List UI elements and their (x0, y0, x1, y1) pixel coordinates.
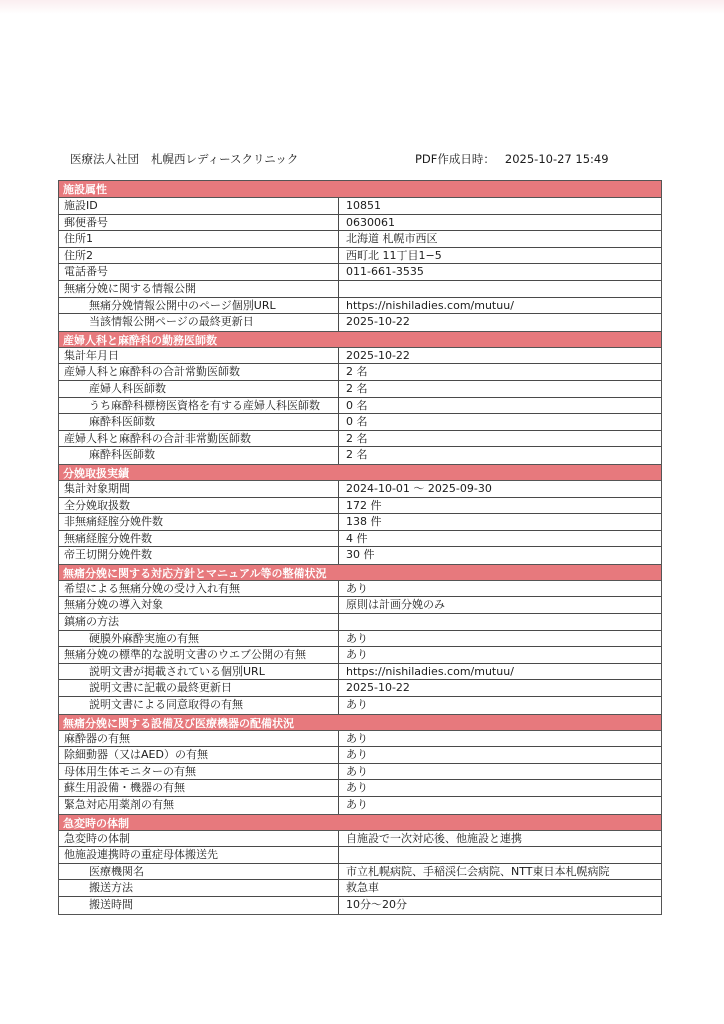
section-5: 急変時の体制急変時の体制自施設で一次対応後、他施設と連携他施設連携時の重症母体搬… (59, 814, 661, 914)
row-value-url: https://nishiladies.com/mutuu/ (339, 664, 661, 680)
table-row: 非無痛経腟分娩件数138 件 (59, 514, 661, 531)
row-label: 除細動器（又はAED）の有無 (59, 747, 339, 763)
table-row: 産婦人科医師数2 名 (59, 381, 661, 398)
row-label: 鎮痛の方法 (59, 614, 339, 630)
row-label: 硬膜外麻酔実施の有無 (59, 631, 339, 647)
table-row: 無痛分娩の導入対象原則は計画分娩のみ (59, 597, 661, 614)
row-label: 説明文書による同意取得の有無 (59, 697, 339, 714)
table-row: 無痛分娩に関する情報公開 (59, 281, 661, 298)
row-value: 市立札幌病院、手稲渓仁会病院、NTT東日本札幌病院 (339, 864, 661, 880)
row-label: 麻酔科医師数 (59, 447, 339, 464)
row-label: 搬送時間 (59, 897, 339, 914)
section-4: 無痛分娩に関する設備及び医療機器の配備状況麻酔器の有無あり除細動器（又はAED）… (59, 714, 661, 814)
table-row: 除細動器（又はAED）の有無あり (59, 747, 661, 764)
row-value: あり (339, 797, 661, 814)
row-label: 無痛分娩情報公開中のページ個別URL (59, 298, 339, 314)
row-value: 0 名 (339, 398, 661, 414)
section-header: 無痛分娩に関する対応方針とマニュアル等の整備状況 (59, 564, 661, 581)
table-row: 搬送方法救急車 (59, 880, 661, 897)
row-value: 2025-10-22 (339, 680, 661, 696)
row-value: あり (339, 697, 661, 714)
table-row: 産婦人科と麻酔科の合計常勤医師数2 名 (59, 364, 661, 381)
row-value: 10851 (339, 198, 661, 214)
row-label: 無痛分娩の導入対象 (59, 597, 339, 613)
table-row: 説明文書が掲載されている個別URLhttps://nishiladies.com… (59, 664, 661, 681)
row-value: あり (339, 747, 661, 763)
table-row: 他施設連携時の重症母体搬送先 (59, 847, 661, 864)
row-label: 説明文書が掲載されている個別URL (59, 664, 339, 680)
section-header: 分娩取扱実績 (59, 464, 661, 481)
scan-edge-tint (0, 0, 724, 14)
row-label: 麻酔器の有無 (59, 731, 339, 747)
row-label: うち麻酔科標榜医資格を有する産婦人科医師数 (59, 398, 339, 414)
row-value (339, 847, 661, 863)
row-value: 2025-10-22 (339, 348, 661, 364)
row-label: 他施設連携時の重症母体搬送先 (59, 847, 339, 863)
row-value: あり (339, 647, 661, 663)
row-label: 郵便番号 (59, 215, 339, 231)
row-label: 医療機関名 (59, 864, 339, 880)
table-row: うち麻酔科標榜医資格を有する産婦人科医師数0 名 (59, 398, 661, 415)
table-row: 緊急対応用薬剤の有無あり (59, 797, 661, 814)
row-label: 説明文書に記載の最終更新日 (59, 680, 339, 696)
row-label: 麻酔科医師数 (59, 414, 339, 430)
table-row: 無痛分娩の標準的な説明文書のウエブ公開の有無あり (59, 647, 661, 664)
row-label: 産婦人科と麻酔科の合計非常勤医師数 (59, 431, 339, 447)
row-label: 電話番号 (59, 264, 339, 280)
section-0: 施設属性施設ID10851郵便番号0630061住所1北海道 札幌市西区住所2西… (59, 181, 661, 331)
table-row: 集計年月日2025-10-22 (59, 348, 661, 365)
row-value: 2 名 (339, 364, 661, 380)
row-value: 2024-10-01 ～ 2025-09-30 (339, 481, 661, 497)
table-row: 集計対象期間2024-10-01 ～ 2025-09-30 (59, 481, 661, 498)
document-header: 医療法人社団札幌西レディースクリニック PDF作成日時：2025-10-27 1… (70, 150, 670, 168)
section-3: 無痛分娩に関する対応方針とマニュアル等の整備状況希望による無痛分娩の受け入れ有無… (59, 564, 661, 714)
row-label: 母体用生体モニターの有無 (59, 764, 339, 780)
table-row: 電話番号011-661-3535 (59, 264, 661, 281)
row-value: 2 名 (339, 431, 661, 447)
clinic-name: 札幌西レディースクリニック (151, 152, 298, 166)
row-value: あり (339, 780, 661, 796)
section-header: 産婦人科と麻酔科の勤務医師数 (59, 331, 661, 348)
row-label: 集計対象期間 (59, 481, 339, 497)
row-value: 西町北 11丁目1−5 (339, 248, 661, 264)
row-label: 産婦人科と麻酔科の合計常勤医師数 (59, 364, 339, 380)
row-label: 希望による無痛分娩の受け入れ有無 (59, 581, 339, 597)
table-row: 説明文書に記載の最終更新日2025-10-22 (59, 680, 661, 697)
section-2: 分娩取扱実績集計対象期間2024-10-01 ～ 2025-09-30全分娩取扱… (59, 464, 661, 564)
table-row: 住所1北海道 札幌市西区 (59, 231, 661, 248)
row-label: 帝王切開分娩件数 (59, 547, 339, 564)
row-value: あり (339, 631, 661, 647)
row-value: 救急車 (339, 880, 661, 896)
row-value: あり (339, 581, 661, 597)
table-row: 産婦人科と麻酔科の合計非常勤医師数2 名 (59, 431, 661, 448)
section-header: 施設属性 (59, 181, 661, 198)
row-value: 0 名 (339, 414, 661, 430)
row-label: 全分娩取扱数 (59, 498, 339, 514)
row-value-url: https://nishiladies.com/mutuu/ (339, 298, 661, 314)
pdf-created-label: PDF作成日時： (415, 152, 495, 166)
section-1: 産婦人科と麻酔科の勤務医師数集計年月日2025-10-22産婦人科と麻酔科の合計… (59, 331, 661, 464)
row-label: 無痛分娩の標準的な説明文書のウエブ公開の有無 (59, 647, 339, 663)
table-row: 急変時の体制自施設で一次対応後、他施設と連携 (59, 831, 661, 848)
table-row: 説明文書による同意取得の有無あり (59, 697, 661, 714)
table-row: 麻酔科医師数2 名 (59, 447, 661, 464)
table-row: 帝王切開分娩件数30 件 (59, 547, 661, 564)
row-value: 2025-10-22 (339, 314, 661, 331)
row-value: 30 件 (339, 547, 661, 564)
facility-report-table: 施設属性施設ID10851郵便番号0630061住所1北海道 札幌市西区住所2西… (58, 180, 662, 915)
row-value: 2 名 (339, 381, 661, 397)
row-label: 住所2 (59, 248, 339, 264)
row-label: 無痛分娩に関する情報公開 (59, 281, 339, 297)
row-value: 011-661-3535 (339, 264, 661, 280)
row-label: 無痛経腟分娩件数 (59, 531, 339, 547)
table-row: 施設ID10851 (59, 198, 661, 215)
table-row: 硬膜外麻酔実施の有無あり (59, 631, 661, 648)
row-value (339, 281, 661, 297)
table-row: 無痛分娩情報公開中のページ個別URLhttps://nishiladies.co… (59, 298, 661, 315)
row-value: 0630061 (339, 215, 661, 231)
table-row: 希望による無痛分娩の受け入れ有無あり (59, 581, 661, 598)
section-header: 急変時の体制 (59, 814, 661, 831)
pdf-created-datetime: PDF作成日時：2025-10-27 15:49 (415, 150, 609, 168)
row-label: 緊急対応用薬剤の有無 (59, 797, 339, 814)
table-row: 鎮痛の方法 (59, 614, 661, 631)
row-label: 住所1 (59, 231, 339, 247)
row-value: 北海道 札幌市西区 (339, 231, 661, 247)
table-row: 蘇生用設備・機器の有無あり (59, 780, 661, 797)
row-label: 施設ID (59, 198, 339, 214)
row-value: 4 件 (339, 531, 661, 547)
section-header: 無痛分娩に関する設備及び医療機器の配備状況 (59, 714, 661, 731)
table-row: 母体用生体モニターの有無あり (59, 764, 661, 781)
table-row: 全分娩取扱数172 件 (59, 498, 661, 515)
row-label: 非無痛経腟分娩件数 (59, 514, 339, 530)
row-label: 搬送方法 (59, 880, 339, 896)
row-label: 集計年月日 (59, 348, 339, 364)
table-row: 搬送時間10分～20分 (59, 897, 661, 914)
table-row: 医療機関名市立札幌病院、手稲渓仁会病院、NTT東日本札幌病院 (59, 864, 661, 881)
row-value: 原則は計画分娩のみ (339, 597, 661, 613)
table-row: 無痛経腟分娩件数4 件 (59, 531, 661, 548)
table-row: 郵便番号0630061 (59, 215, 661, 232)
row-value: あり (339, 731, 661, 747)
table-row: 麻酔科医師数0 名 (59, 414, 661, 431)
row-value: あり (339, 764, 661, 780)
row-value (339, 614, 661, 630)
row-value: 138 件 (339, 514, 661, 530)
row-label: 当該情報公開ページの最終更新日 (59, 314, 339, 331)
clinic-title: 医療法人社団札幌西レディースクリニック (70, 150, 298, 168)
table-row: 当該情報公開ページの最終更新日2025-10-22 (59, 314, 661, 331)
row-label: 急変時の体制 (59, 831, 339, 847)
row-value: 10分～20分 (339, 897, 661, 914)
table-row: 住所2西町北 11丁目1−5 (59, 248, 661, 265)
pdf-created-value: 2025-10-27 15:49 (505, 152, 609, 166)
row-value: 自施設で一次対応後、他施設と連携 (339, 831, 661, 847)
row-value: 172 件 (339, 498, 661, 514)
row-label: 蘇生用設備・機器の有無 (59, 780, 339, 796)
row-value: 2 名 (339, 447, 661, 464)
organization-type: 医療法人社団 (70, 152, 139, 166)
row-label: 産婦人科医師数 (59, 381, 339, 397)
table-row: 麻酔器の有無あり (59, 731, 661, 748)
